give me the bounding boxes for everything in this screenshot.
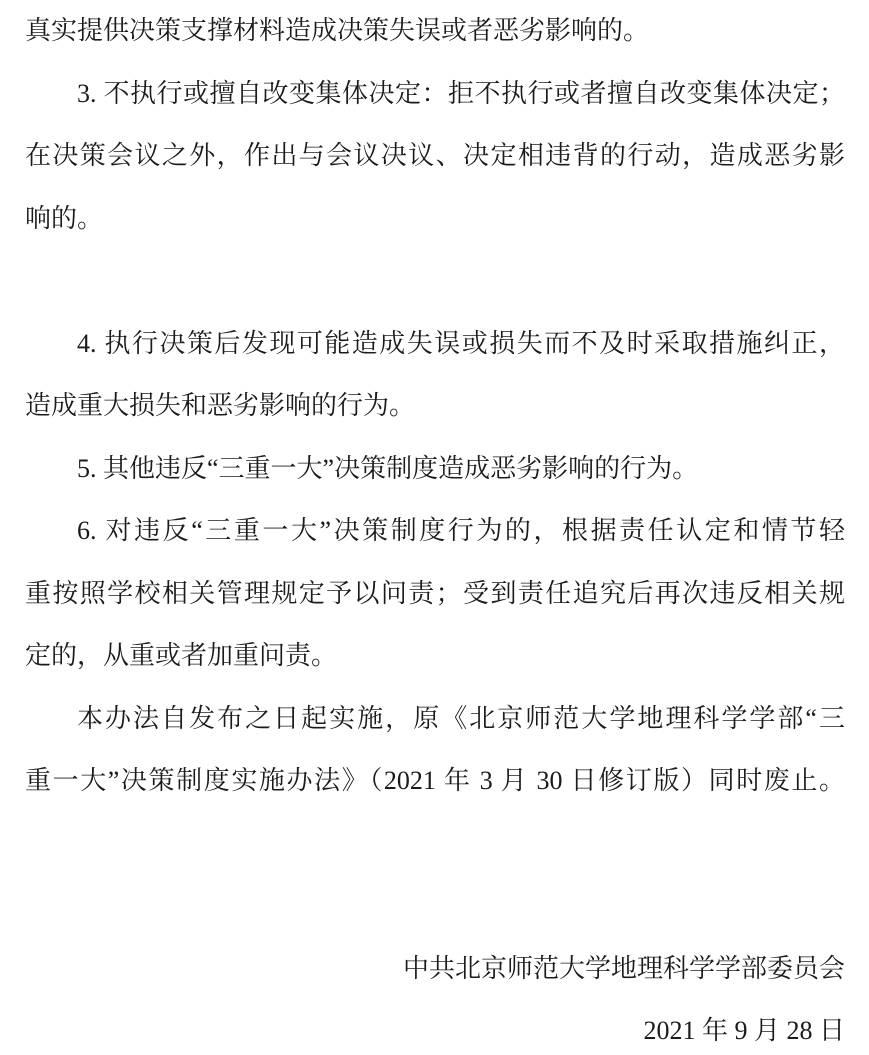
signature-date: 2021 年 9 月 28 日	[25, 1000, 845, 1055]
doc-line: 本办法自发布之日起实施，原《北京师范大学地理科学学部“三	[25, 688, 845, 751]
document-page: 真实提供决策支撑材料造成决策失误或者恶劣影响的。 3. 不执行或擅自改变集体决定…	[0, 0, 869, 1055]
signature-org: 中共北京师范大学地理科学学部委员会	[25, 938, 845, 1001]
doc-line: 在决策会议之外，作出与会议决议、决定相违背的行动，造成恶劣影	[25, 125, 845, 188]
doc-line: 响的。	[25, 188, 845, 251]
blank-line	[25, 250, 845, 313]
doc-line: 真实提供决策支撑材料造成决策失误或者恶劣影响的。	[25, 0, 845, 63]
doc-line: 3. 不执行或擅自改变集体决定：拒不执行或者擅自改变集体决定；	[25, 63, 845, 126]
doc-line: 5. 其他违反“三重一大”决策制度造成恶劣影响的行为。	[25, 438, 845, 501]
doc-line: 造成重大损失和恶劣影响的行为。	[25, 375, 845, 438]
blank-line	[25, 875, 845, 938]
doc-line: 定的，从重或者加重问责。	[25, 625, 845, 688]
doc-line: 重按照学校相关管理规定予以问责；受到责任追究后再次违反相关规	[25, 563, 845, 626]
doc-line: 6. 对违反“三重一大”决策制度行为的，根据责任认定和情节轻	[25, 500, 845, 563]
doc-line: 4. 执行决策后发现可能造成失误或损失而不及时采取措施纠正，	[25, 313, 845, 376]
doc-line: 重一大”决策制度实施办法》（2021 年 3 月 30 日修订版）同时废止。	[25, 750, 845, 813]
blank-line	[25, 813, 845, 876]
